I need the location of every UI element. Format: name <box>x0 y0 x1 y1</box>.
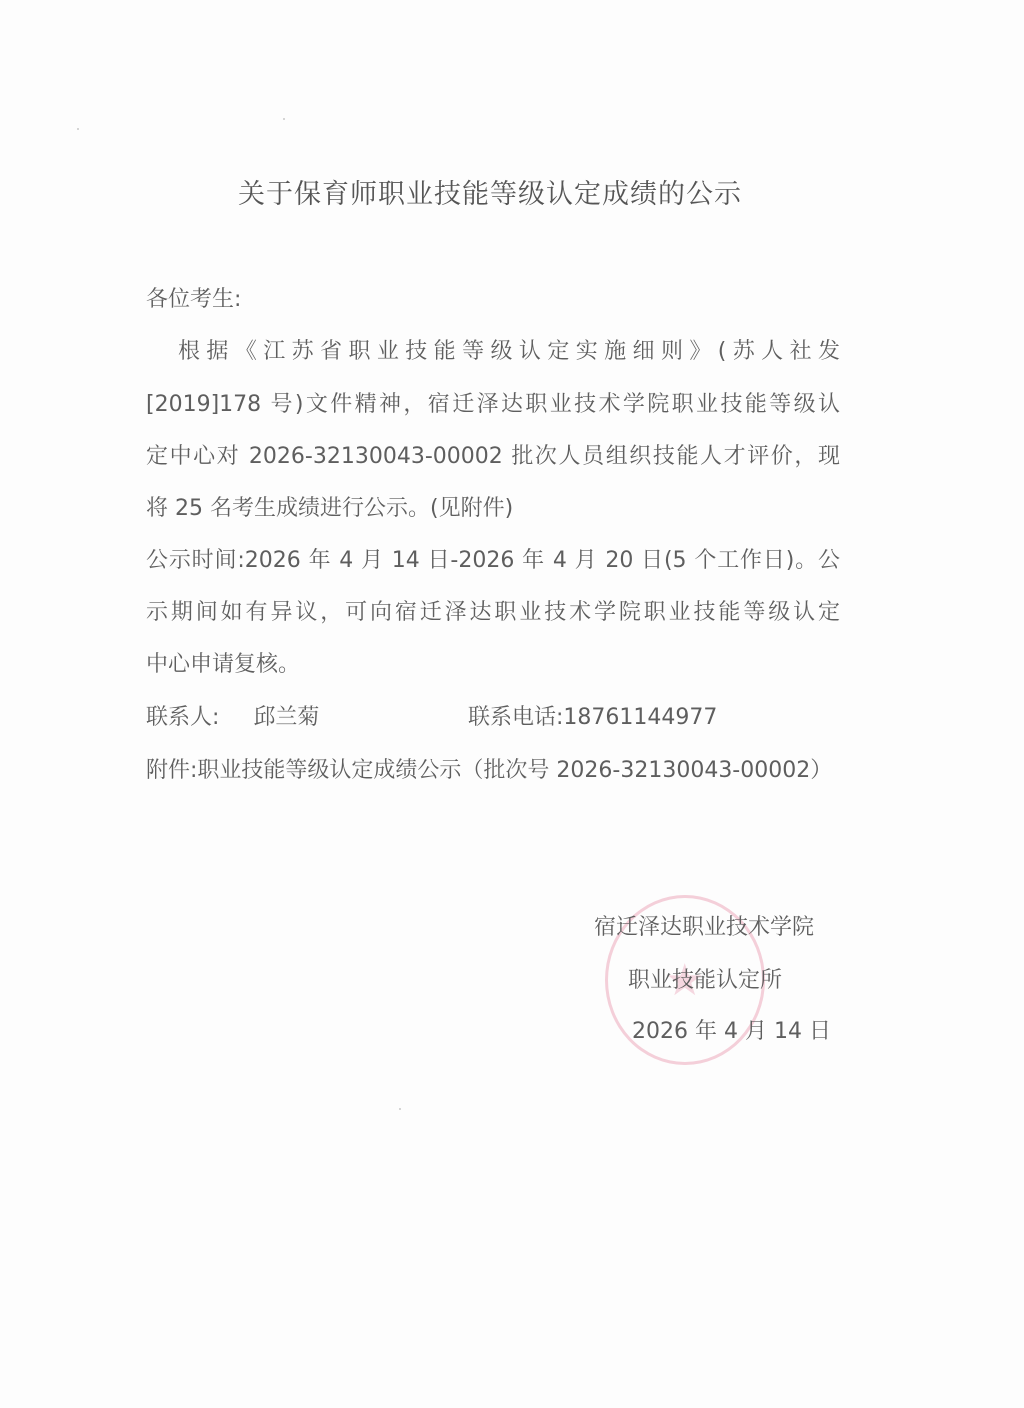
salutation: 各位考生: <box>146 285 241 315</box>
period-line-1: 公示时间:2026 年 4 月 14 日-2026 年 4 月 20 日(5 个… <box>146 546 840 576</box>
contact-phone: 联系电话:18761144977 <box>468 703 717 733</box>
body-line-3: 定中心对 2026-32130043-00002 批次人员组织技能人才评价，现 <box>146 442 840 472</box>
scan-speck <box>399 1108 401 1110</box>
document-title: 关于保育师职业技能等级认定成绩的公示 <box>0 172 980 211</box>
contact-phone-number: 18761144977 <box>563 705 717 730</box>
contact-phone-label: 联系电话: <box>468 705 563 730</box>
body-line-1: 根据《江苏省职业技能等级认定实施细则》(苏人社发 <box>178 337 840 367</box>
body-line-2: [2019]178 号)文件精神，宿迁泽达职业技术学院职业技能等级认 <box>146 390 840 420</box>
scan-speck <box>283 118 285 120</box>
body-line-4: 将 25 名考生成绩进行公示。(见附件) <box>146 494 513 524</box>
period-line-3: 中心申请复核。 <box>146 650 300 680</box>
document-page: 关于保育师职业技能等级认定成绩的公示 各位考生: 根据《江苏省职业技能等级认定实… <box>0 0 1024 1408</box>
signature-date: 2026 年 4 月 14 日 <box>632 1017 831 1047</box>
signature-dept: 职业技能认定所 <box>628 966 782 996</box>
signature-org: 宿迁泽达职业技术学院 <box>594 913 814 943</box>
period-line-2: 示期间如有异议，可向宿迁泽达职业技术学院职业技能等级认定 <box>146 598 840 628</box>
attachment-note: 附件:职业技能等级认定成绩公示（批次号 2026-32130043-00002） <box>146 756 832 786</box>
contact-person-label: 联系人: <box>146 705 219 730</box>
contact-person: 联系人: 邱兰菊 <box>146 703 319 733</box>
scan-speck <box>77 128 79 130</box>
contact-person-name: 邱兰菊 <box>253 705 319 730</box>
